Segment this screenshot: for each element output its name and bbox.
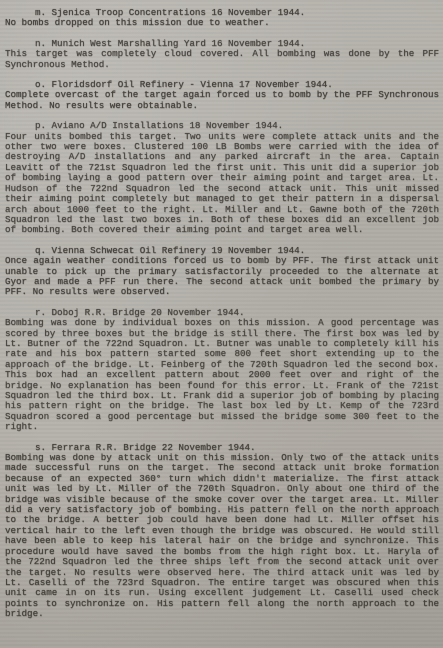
document-body: m. Sjenica Troop Concentrations 16 Novem… bbox=[5, 8, 439, 620]
document-paragraph: p. Aviano A/D Installations 18 November … bbox=[5, 121, 439, 235]
paragraph-body: Bombing was done by individual boxes on … bbox=[5, 318, 439, 432]
document-paragraph: n. Munich West Marshalling Yard 16 Novem… bbox=[5, 39, 439, 70]
paragraph-body: Complete overcast of the target again fo… bbox=[5, 90, 439, 111]
paragraph-body: Four units bombed this target. Two units… bbox=[5, 132, 439, 236]
paragraph-body: This target was completely cloud covered… bbox=[5, 49, 439, 70]
document-paragraph: s. Ferrara R.R. Bridge 22 November 1944.… bbox=[5, 443, 439, 620]
paragraph-body: Once again weather conditions forced us … bbox=[5, 256, 439, 298]
document-paragraph: q. Vienna Schwecat Oil Refinery 19 Novem… bbox=[5, 246, 439, 298]
paragraph-body: Bombing was done by attack unit on this … bbox=[5, 453, 439, 620]
paragraph-body: No bombs dropped on this mission due to … bbox=[5, 18, 439, 28]
document-paragraph: r. Doboj R.R. Bridge 20 November 1944. B… bbox=[5, 308, 439, 433]
document-paragraph: m. Sjenica Troop Concentrations 16 Novem… bbox=[5, 8, 439, 29]
scanned-document-page: m. Sjenica Troop Concentrations 16 Novem… bbox=[0, 0, 443, 648]
document-paragraph: o. Floridsdorf Oil Refinery - Vienna 17 … bbox=[5, 80, 439, 111]
